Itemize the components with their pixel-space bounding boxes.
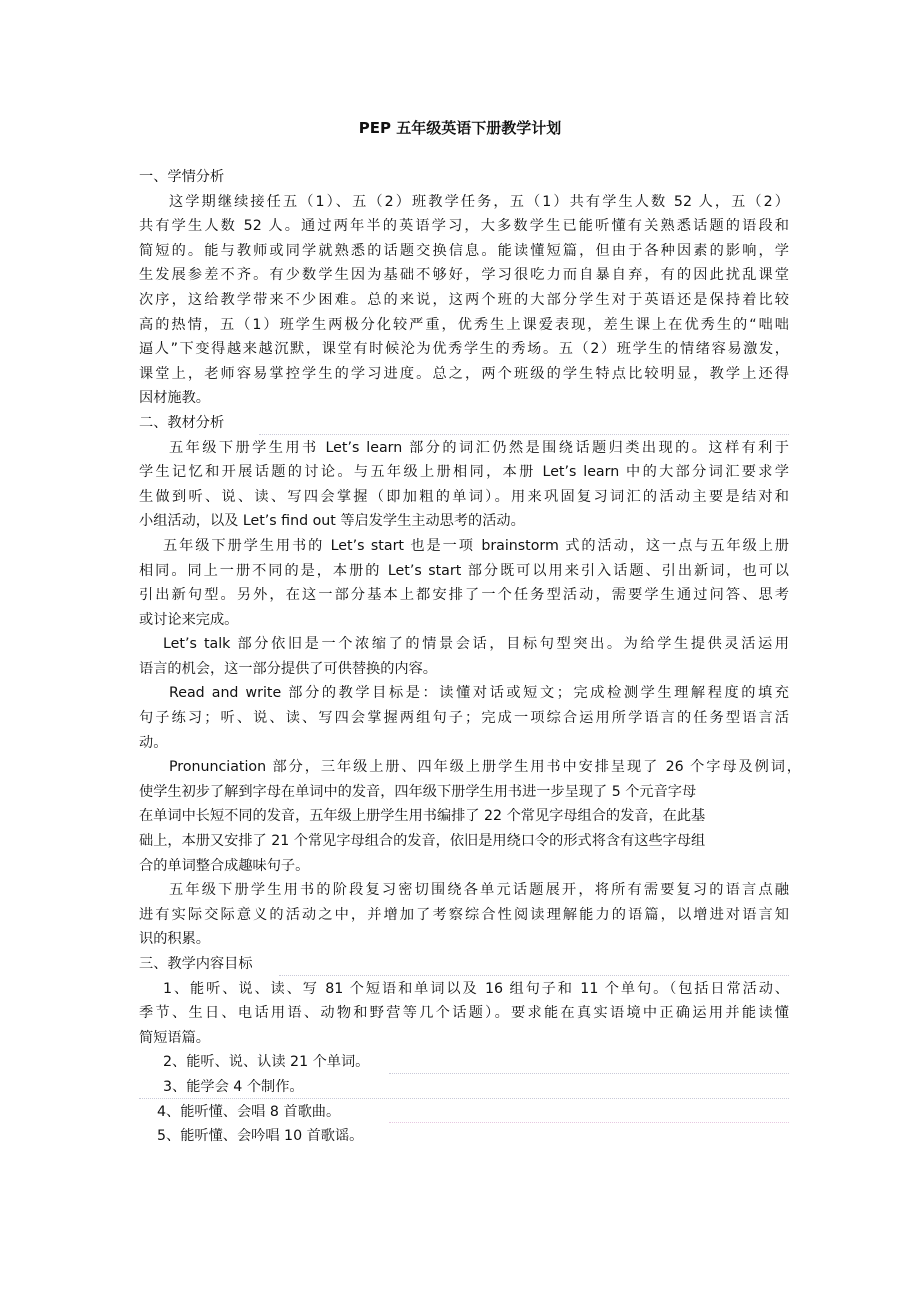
paragraph-line: 小组活动，以及 Let’s find out 等启发学生主动思考的活动。 <box>139 509 789 534</box>
paragraph-line: 高的热情，五（1）班学生两极分化较严重，优秀生上课爱表现，差生课上在优秀生的“咄… <box>139 313 789 338</box>
dotted-rule <box>279 975 789 976</box>
dotted-rule <box>389 1073 789 1074</box>
paragraph-line: Pronunciation 部分，三年级上册、四年级上册学生用书中安排呈现了 2… <box>139 755 801 780</box>
list-item: 4、能听懂、会唱 8 首歌曲。 <box>139 1100 789 1125</box>
paragraph-line: 进有实际交际意义的活动之中，并增加了考察综合性阅读理解能力的语篇，以增进对语言知 <box>139 903 789 928</box>
list-item: 2、能听、说、认读 21 个单词。 <box>139 1050 789 1075</box>
list-item: 5、能听懂、会吟唱 10 首歌谣。 <box>139 1124 789 1149</box>
paragraph-line: 使学生初步了解到字母在单词中的发音，四年级下册学生用书进一步呈现了 5 个元音字… <box>139 780 789 805</box>
list-item-text: 3、能学会 4 个制作。 <box>163 1079 304 1095</box>
list-item-text: 4、能听懂、会唱 8 首歌曲。 <box>157 1104 340 1120</box>
paragraph-line: 语言的机会，这一部分提供了可供替换的内容。 <box>139 657 789 682</box>
paragraph-line: 这学期继续接任五（1）、五（2）班教学任务，五（1）共有学生人数 52 人，五（… <box>139 190 789 215</box>
paragraph-line: 共有学生人数 52 人。通过两年半的英语学习，大多数学生已能听懂有关熟悉话题的语… <box>139 214 789 239</box>
section-heading: 二、教材分析 <box>139 411 789 436</box>
paragraph-line: Read and write 部分的教学目标是：读懂对话或短文；完成检测学生理解… <box>139 681 789 706</box>
list-item: 3、能学会 4 个制作。 <box>139 1075 789 1100</box>
paragraph-line: 学生记忆和开展话题的讨论。与五年级上册相同，本册 Let’s learn 中的大… <box>139 460 789 485</box>
paragraph-line: 合的单词整合成趣味句子。 <box>139 854 789 879</box>
paragraph-line: 生发展参差不齐。有少数学生因为基础不够好，学习很吃力而自暴自弃，有的因此扰乱课堂 <box>139 263 789 288</box>
document-body: 一、学情分析 这学期继续接任五（1）、五（2）班教学任务，五（1）共有学生人数 … <box>139 165 789 1149</box>
list-item-line: 季节、生日、电话用语、动物和野营等几个话题）。要求能在真实语境中正确运用并能读懂 <box>139 1001 789 1026</box>
paragraph-line: 因材施教。 <box>139 386 789 411</box>
paragraph-line: 简短的。能与教师或同学就熟悉的话题交换信息。能读懂短篇，但由于各种因素的影响，学 <box>139 239 789 264</box>
paragraph-line: 或讨论来完成。 <box>139 608 789 633</box>
dotted-rule <box>389 1122 789 1123</box>
paragraph-line: 次序，这给教学带来不少困难。总的来说，这两个班的大部分学生对于英语还是保持着比较 <box>139 288 789 313</box>
dotted-rule <box>259 434 789 435</box>
paragraph-line: Let’s talk 部分依旧是一个浓缩了的情景会话，目标句型突出。为给学生提供… <box>139 632 789 657</box>
document-page: PEP 五年级英语下册教学计划 一、学情分析 这学期继续接任五（1）、五（2）班… <box>0 0 920 1302</box>
paragraph-line: 在单词中长短不同的发音，五年级上册学生用书编排了 22 个常见字母组合的发音，在… <box>139 804 789 829</box>
paragraph-line: 生做到听、说、读、写四会掌握（即加粗的单词）。用来巩固复习词汇的活动主要是结对和 <box>139 485 789 510</box>
paragraph-line: 识的积累。 <box>139 927 789 952</box>
list-item-line: 1、能听、说、读、写 81 个短语和单词以及 16 组句子和 11 个单句。（包… <box>139 977 789 1002</box>
paragraph-line: 逼人”下变得越来越沉默，课堂有时候沦为优秀学生的秀场。五（2）班学生的情绪容易激… <box>139 337 789 362</box>
paragraph-line: 础上，本册又安排了 21 个常见字母组合的发音，依旧是用绕口令的形式将含有这些字… <box>139 829 789 854</box>
section-heading: 三、教学内容目标 <box>139 952 789 977</box>
section-heading: 一、学情分析 <box>139 165 789 190</box>
paragraph-line: 引出新句型。另外，在这一部分基本上都安排了一个任务型活动，需要学生通过问答、思考 <box>139 583 789 608</box>
list-item-text: 2、能听、说、认读 21 个单词。 <box>163 1054 369 1070</box>
paragraph-line: 句子练习；听、说、读、写四会掌握两组句子；完成一项综合运用所学语言的任务型语言活 <box>139 706 789 731</box>
list-item-line: 简短语篇。 <box>139 1026 789 1051</box>
paragraph-line: 五年级下册学生用书的 Let’s start 也是一项 brainstorm 式… <box>139 534 789 559</box>
paragraph-line: 五年级下册学生用书 Let’s learn 部分的词汇仍然是围绕话题归类出现的。… <box>139 436 789 461</box>
paragraph-line: 动。 <box>139 731 789 756</box>
document-title: PEP 五年级英语下册教学计划 <box>0 117 920 138</box>
paragraph-line: 课堂上，老师容易掌控学生的学习进度。总之，两个班级的学生特点比较明显，教学上还得 <box>139 362 789 387</box>
paragraph-line: 五年级下册学生用书的阶段复习密切围绕各单元话题展开，将所有需要复习的语言点融 <box>139 878 789 903</box>
dotted-rule <box>139 1098 789 1099</box>
section-heading-text: 三、教学内容目标 <box>139 956 253 972</box>
paragraph-line: 相同。同上一册不同的是，本册的 Let’s start 部分既可以用来引入话题、… <box>139 559 789 584</box>
section-heading-text: 二、教材分析 <box>139 415 224 431</box>
